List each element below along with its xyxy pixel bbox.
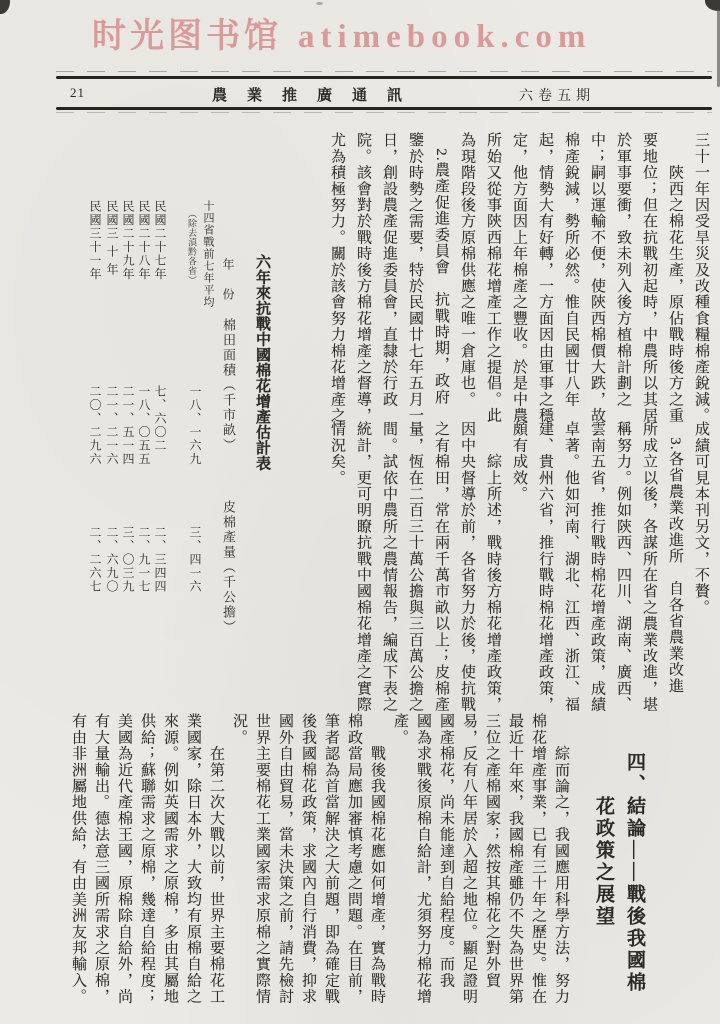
text-column: 雲南五省，推行戰時棉花增產政策，成績 <box>584 421 610 723</box>
table-row: 民國三十一年 二〇、二九六 二、二六七 <box>86 200 104 640</box>
text-column: 有大量輸出。德法意三國所需求之原棉， <box>89 713 112 1013</box>
cotton-area-value: 一八、一六九 <box>187 385 204 466</box>
text-column: 稱努力。例如陝西、四川、湖南、廣西、 <box>610 421 636 723</box>
lint-output-value: 三、〇三九 <box>120 526 137 594</box>
text-column: 情況矣。 <box>324 421 350 723</box>
table-title: 六年來抗戰中國棉花增產估計表 <box>252 254 273 471</box>
text-column: 綜上所述，戰時後方棉花增產政策， <box>480 421 506 723</box>
table-row: 民國三 十 年 二一、二一六 二、六九〇 <box>103 200 121 640</box>
text-column: 中；嗣以運輸不便，使陝西棉價大跌，故 <box>584 132 610 434</box>
text-column: 棉政當局應加審慎考慮之問題。在目前， <box>342 713 365 1013</box>
text-column: 最近十年來，我國棉產雖仍不失為世界第 <box>503 713 526 1013</box>
lint-output-value: 二、六九〇 <box>104 526 121 594</box>
cotton-area-value: 七、六〇二 <box>152 385 169 453</box>
text-column: 尤為積極努力。關於該會努力棉花增產之 <box>324 132 350 434</box>
text-column: 間。試依中農所之農情報告，編成下表之 <box>376 421 402 723</box>
lint-output-value: 二、九一七 <box>136 526 153 594</box>
text-column: 產。 <box>388 713 411 1013</box>
text-column: 戰後我國棉花應如何增產，實為戰時 <box>365 713 388 1013</box>
lint-output-value: 三、四一六 <box>187 526 204 594</box>
text-column: 日，創設農產促進委員會，直隸於行政 <box>376 132 402 434</box>
row-year-label: 民國二十九年 <box>120 200 137 281</box>
page-number: 21 <box>70 85 85 101</box>
text-column: 陝西之棉花生產，原佔戰時後方之重 <box>662 132 688 434</box>
cotton-area-value: 二〇、二九六 <box>87 385 104 466</box>
watermark-site-text: atimebook.com <box>298 19 591 55</box>
text-column: 筆者認為首當解決之大前題，即為確定戰 <box>319 713 342 1013</box>
text-column: 四、結論——戰後我國棉 <box>619 752 650 1020</box>
text-column: 建、貴州六省，推行戰時棉花增產政策， <box>532 421 558 723</box>
text-column: 來源。例如英國需求之原棉，多由其屬地 <box>158 713 181 1013</box>
text-column: 況。 <box>227 713 250 1013</box>
text-column: 花政策之展望 <box>588 752 619 1020</box>
paragraph-block-top: 三十一年因受旱災及改種食糧棉產銳減。 陝西之棉花生產，原佔戰時後方之重要地位；但… <box>322 132 714 434</box>
paragraph-block-middle: 成績可見本刊另文，不贅。 3.各省農業改進所 自各省農業改進所成立以後，各謀所在… <box>322 421 714 723</box>
volume-issue-label: 六卷五期 <box>519 85 595 105</box>
text-column: 供給；蘇聯需求之原棉，幾達自給程度； <box>135 713 158 1013</box>
table-row: 民國二十九年 二一、五一四 三、〇三九 <box>119 200 137 640</box>
text-column: 國為求戰後原棉自給計，尤須努力棉花增 <box>411 713 434 1013</box>
header-rule-bottom <box>56 107 712 110</box>
text-column: 院。該會對於戰時後方棉花增產之督導， <box>350 132 376 434</box>
cotton-area-value: 二一、二一六 <box>104 385 121 466</box>
text-column: 統計，更可明瞭抗戰中國棉花增產之實際 <box>350 421 376 723</box>
text-column: 成績可見本刊另文，不贅。 <box>688 421 714 723</box>
watermark: 时光图书馆atimebook.com <box>92 8 591 57</box>
text-column: 鑒於時勢之需要，特於民國廿七年五月一 <box>402 132 428 434</box>
row-year-note: （除去滇黔各省） <box>186 209 199 285</box>
table-header-lint-output: 皮棉產量（千公擔） <box>219 500 238 635</box>
text-column: 3.各省農業改進所 自各省農業改進 <box>662 421 688 723</box>
table-header-year: 年 份 <box>220 258 237 303</box>
text-column: 易，反有八年居於入超之地位。顯足證明 <box>457 713 480 1013</box>
text-column: 定，他方面因上年棉產之豐收。於是中農 <box>506 132 532 434</box>
header-rule-top <box>56 76 712 79</box>
watermark-chinese-text: 时光图书馆 <box>92 18 282 55</box>
row-year-label: 民國三十一年 <box>87 200 104 281</box>
row-year-label: 民國二十八年 <box>136 200 153 281</box>
text-column: 頗有成效。 <box>506 421 532 723</box>
text-column: 起，情勢大有好轉，一方面因由軍事之穩 <box>532 132 558 434</box>
header-rule-thin <box>56 71 712 72</box>
text-column: 為現階段後方原棉供應之唯一倉庫也。 <box>454 132 480 434</box>
section-heading-conclusion: 四、結論——戰後我國棉 花政策之展望 <box>584 752 650 1020</box>
row-year-label: 民國二十七年 <box>152 200 169 281</box>
text-column: 國外自由貿易，當未決策之前，請先檢討 <box>273 713 296 1013</box>
text-column: 在第二次大戰以前，世界主要棉花工 <box>204 713 227 1013</box>
journal-title: 農業推廣通訊 <box>212 84 422 105</box>
text-column: 要地位；但在抗戰初起時，中農所以其居 <box>636 132 662 434</box>
text-column: 所始又從事陝西棉花增產工作之提倡。此 <box>480 132 506 434</box>
paragraph-block-bottom: 綜而論之，我國應用科學方法，努力棉花增產事業，已有三十年之歷史。惟在最近十年來，… <box>64 713 572 1013</box>
row-year-label: 民國三 十 年 <box>104 200 121 277</box>
text-column: 三十一年因受旱災及改種食糧棉產銳減。 <box>688 132 714 434</box>
header-rule-bottom-thin <box>56 112 712 113</box>
table-header-cotton-area: 棉田面積（千市畝） <box>219 318 238 453</box>
text-column: 棉產銳減，勢所必然。惟自民國廿八年 <box>558 132 584 434</box>
text-column: 量，恆在二百三十萬公擔與三百萬公擔之 <box>402 421 428 723</box>
text-column: 綜而論之，我國應用科學方法，努力 <box>549 713 572 1013</box>
scan-speck <box>316 2 323 5</box>
scanned-journal-page: 时光图书馆atimebook.com 21 農業推廣通訊 六卷五期 三十一年因受… <box>0 0 720 1024</box>
text-column: 後我國棉花政策，求國內自行消費，抑求 <box>296 713 319 1013</box>
text-column: 因中央督導於前，各省努力於後，使抗戰 <box>454 421 480 723</box>
text-column: 棉花增產事業，已有三十年之歷史。惟在 <box>526 713 549 1013</box>
text-column: 於軍事要衝，致未列入後方植棉計劃之 <box>610 132 636 434</box>
table-row: 民國二十八年 一八、〇五五 二、九一七 <box>135 200 153 640</box>
lint-output-value: 二、二六七 <box>87 526 104 594</box>
table-row: 十四省戰前七年平均 （除去滇黔各省） 一八、一六九 三、四一六 <box>186 200 204 640</box>
text-column: 2.農產促進委員會 抗戰時期，政府 <box>428 132 454 434</box>
cotton-area-value: 二一、五一四 <box>120 385 137 466</box>
text-column: 三位之產棉國家；然按其棉花之對外貿 <box>480 713 503 1013</box>
text-column: 所成立以後，各謀所在省之農業改進，堪 <box>636 421 662 723</box>
text-column: 卓著。他如河南、湖北、江西、浙江、福 <box>558 421 584 723</box>
text-column: 美國為近代產棉王國，原棉除自給外，尚 <box>112 713 135 1013</box>
text-column: 有由非洲屬地供給，有由美洲友邦輸入。 <box>66 713 89 1013</box>
lint-output-value: 二、三四四 <box>152 526 169 594</box>
scan-blot-top-left <box>0 0 10 14</box>
table-row: 民國二十七年 七、六〇二 二、三四四 <box>151 200 169 640</box>
text-column: 業國家，除日本外，大致均有原棉自給之 <box>181 713 204 1013</box>
row-year-label: 十四省戰前七年平均 <box>200 200 216 308</box>
text-column: 世界主要棉花工業國家需求原棉之實際情 <box>250 713 273 1013</box>
text-column: 國產棉花，尚未能達到自給程度。而我 <box>434 713 457 1013</box>
cotton-area-value: 一八、〇五五 <box>136 385 153 466</box>
text-column: 之有棉田，常在兩千萬市畝以上；皮棉產 <box>428 421 454 723</box>
